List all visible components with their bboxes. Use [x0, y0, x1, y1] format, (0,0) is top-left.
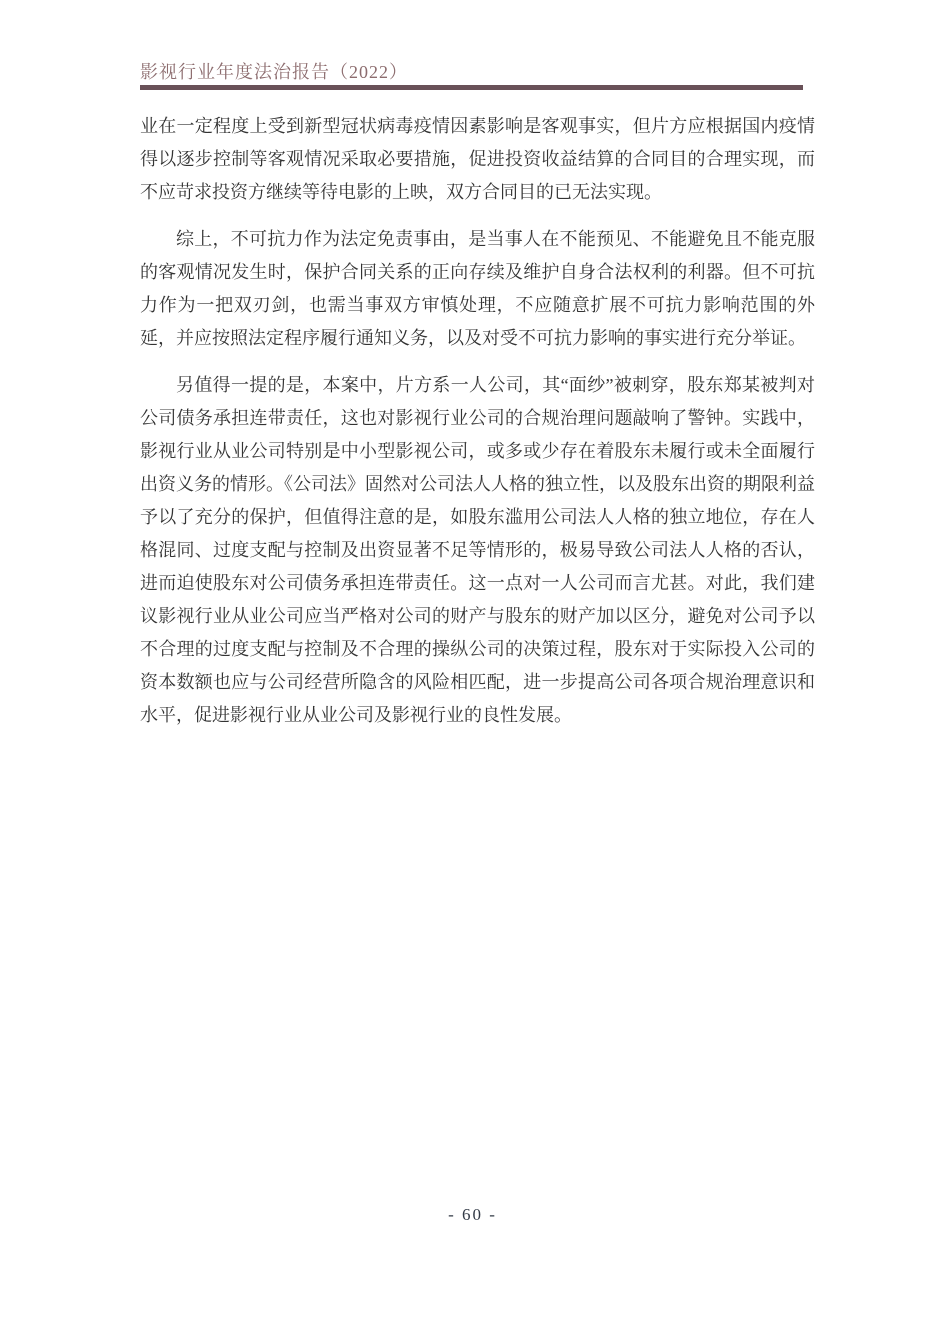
- document-page: 影视行业年度法治报告（2022） 业在一定程度上受到新型冠状病毒疫情因素影响是客…: [0, 0, 945, 1336]
- paragraph: 综上，不可抗力作为法定免责事由，是当事人在不能预见、不能避免且不能克服的客观情况…: [140, 223, 815, 355]
- paragraph: 业在一定程度上受到新型冠状病毒疫情因素影响是客观事实，但片方应根据国内疫情得以逐…: [140, 110, 815, 209]
- running-header-title: 影视行业年度法治报告（2022）: [140, 58, 408, 84]
- document-body: 业在一定程度上受到新型冠状病毒疫情因素影响是客观事实，但片方应根据国内疫情得以逐…: [140, 110, 815, 746]
- page-number: - 60 -: [0, 1205, 945, 1225]
- paragraph: 另值得一提的是，本案中，片方系一人公司，其“面纱”被刺穿，股东郑某被判对公司债务…: [140, 369, 815, 732]
- header-rule-divider: [140, 85, 803, 90]
